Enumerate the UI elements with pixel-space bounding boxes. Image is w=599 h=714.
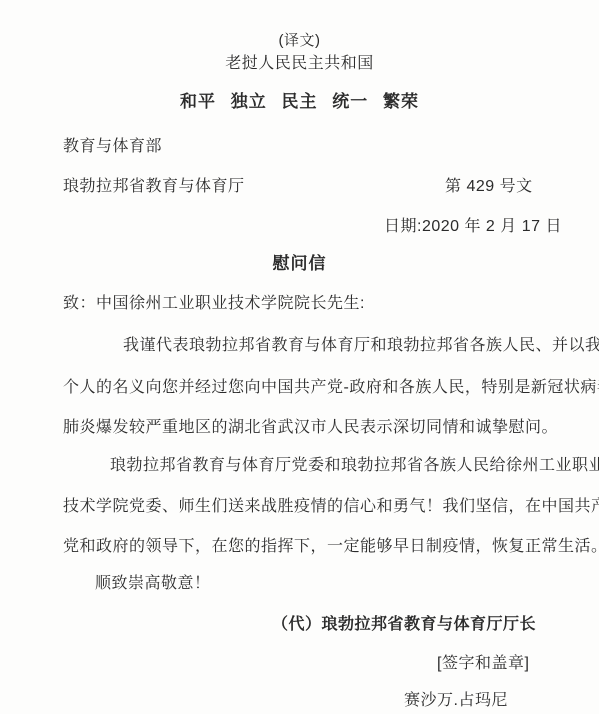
- country-name: 老挝人民民主共和国: [12, 56, 587, 72]
- salutation-line: 致：中国徐州工业职业技术学院院长先生:: [63, 296, 365, 312]
- document-number: 第 429 号文: [445, 179, 533, 195]
- document-date: 日期:2020 年 2 月 17 日: [384, 219, 562, 235]
- department-name: 琅勃拉邦省教育与体育厅: [63, 179, 245, 195]
- signer-title: （代）琅勃拉邦省教育与体育厅厅长: [272, 617, 536, 633]
- letter-title: 慰问信: [12, 255, 587, 272]
- closing-line: 顺致崇高敬意！: [95, 576, 211, 592]
- body-line: 琅勃拉邦省教育与体育厅党委和琅勃拉邦省各族人民给徐州工业职业: [110, 458, 599, 474]
- letter-page: (译文) 老挝人民民主共和国 和平 独立 民主 统一 繁荣 教育与体育部 琅勃拉…: [0, 0, 599, 714]
- signer-name: 赛沙万.占玛尼: [404, 693, 508, 709]
- signature-placeholder: [签字和盖章]: [437, 656, 529, 672]
- translation-label: (译文): [12, 33, 587, 48]
- body-line: 党和政府的领导下，在您的指挥下，一定能够早日制疫情，恢复正常生活。: [63, 539, 599, 555]
- ministry-name: 教育与体育部: [63, 139, 162, 155]
- national-motto: 和平 独立 民主 统一 繁荣: [12, 93, 587, 110]
- body-line: 技术学院党委、师生们送来战胜疫情的信心和勇气！我们坚信，在中国共产: [63, 499, 599, 515]
- body-line: 肺炎爆发较严重地区的湖北省武汉市人民表示深切同情和诚挚慰问。: [63, 420, 558, 436]
- body-line: 我谨代表琅勃拉邦省教育与体育厅和琅勃拉邦省各族人民、并以我: [123, 338, 599, 354]
- body-line: 个人的名义向您并经过您向中国共产党-政府和各族人民，特别是新冠状病毒: [63, 380, 599, 396]
